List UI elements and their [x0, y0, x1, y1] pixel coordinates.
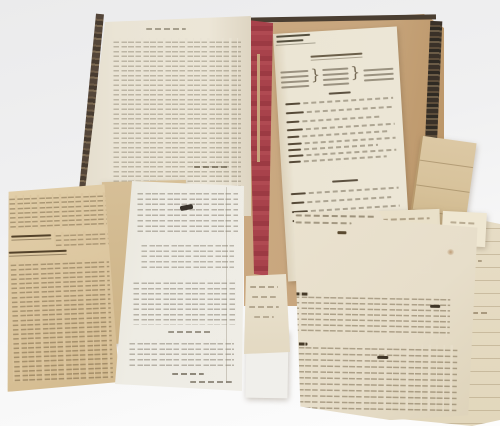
tan-letter	[0, 184, 119, 392]
list-entry-row	[285, 97, 393, 106]
letter-opening-line	[296, 221, 352, 224]
paragraph-mark	[337, 231, 346, 234]
foxing-stain	[447, 249, 454, 255]
signature-line-1	[172, 373, 204, 375]
note-line	[252, 296, 276, 298]
list-entry-row	[286, 115, 382, 123]
corner-annotation-line2	[276, 39, 303, 42]
ink-emphasis	[377, 356, 388, 359]
paragraph-2	[288, 342, 457, 411]
underlined-heading-1	[11, 234, 51, 238]
bracket-table-col3	[363, 65, 394, 85]
note-line	[249, 306, 279, 308]
large-letter	[280, 206, 494, 424]
left-page-flourish	[194, 166, 230, 168]
white-letter-handwriting-4	[128, 339, 234, 367]
white-letter-handwriting-2	[140, 241, 234, 271]
corner-annotation-rule	[276, 42, 316, 45]
dateline-flourish	[168, 331, 212, 333]
white-letter-handwriting-1	[136, 189, 238, 235]
list-entry-row	[289, 155, 387, 163]
note-line	[254, 316, 274, 318]
letter-opening-line	[296, 214, 376, 217]
white-letter	[112, 179, 246, 395]
midpage-subheading	[332, 179, 358, 183]
heading-1-underline	[11, 238, 51, 240]
brace-icon: }	[350, 65, 360, 81]
table-subheading	[329, 91, 351, 94]
ink-emphasis	[430, 305, 440, 308]
fold-crease	[226, 187, 227, 383]
paragraph-1	[292, 292, 451, 337]
folded-note	[242, 274, 290, 354]
heading-2-underline	[9, 254, 67, 257]
fragment-line	[382, 217, 430, 221]
note-line	[250, 286, 278, 288]
white-letter-handwriting-3	[132, 279, 236, 325]
list-entry-row	[286, 106, 394, 115]
photo-stage: } }	[0, 0, 500, 426]
list-entry-row	[288, 137, 396, 146]
brace-icon: }	[310, 67, 320, 83]
parchment-crease	[416, 184, 470, 193]
left-page-heading-line	[146, 28, 186, 30]
corner-annotation	[276, 34, 310, 38]
tan-letter-handwriting-body	[9, 258, 113, 381]
parchment-crease	[420, 160, 474, 169]
tan-letter-handwriting-mid	[54, 230, 108, 246]
list-entry-row	[291, 187, 399, 196]
bracket-table-col2	[322, 64, 349, 88]
list-entry-row	[291, 196, 391, 204]
spine-gap	[257, 54, 260, 162]
fragment-line	[450, 221, 476, 224]
tan-letter-handwriting-top	[8, 192, 107, 229]
bracket-table-col1	[280, 67, 309, 92]
